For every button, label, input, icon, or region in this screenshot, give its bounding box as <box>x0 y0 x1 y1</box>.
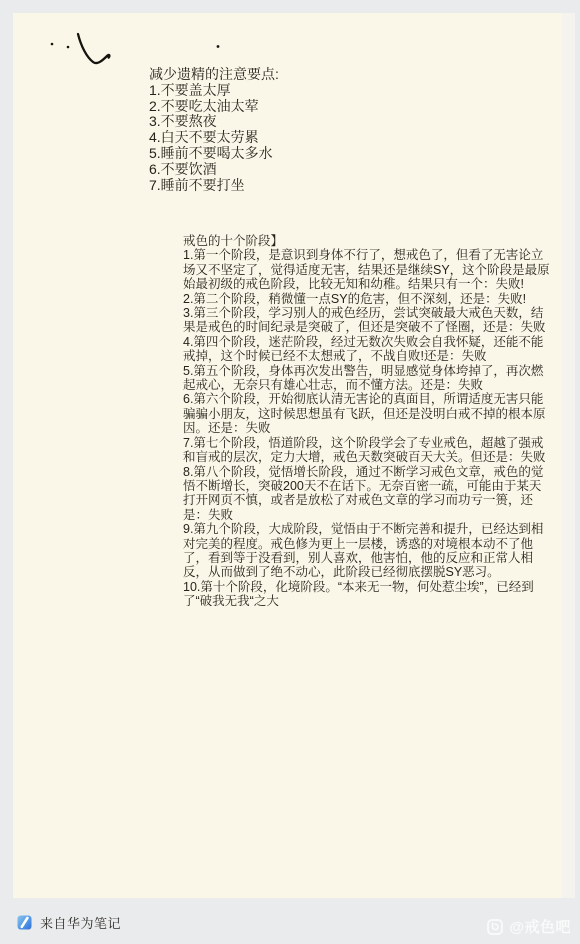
stage-paragraph: 2.第二个阶段，稍微懂一点SY的危害，但不深刻，还是：失败! <box>183 292 551 306</box>
ink-dot <box>217 45 220 48</box>
tips-item: 5.睡前不要喝太多水 <box>149 146 279 162</box>
paper-edge-strip <box>562 13 575 898</box>
huawei-notes-icon <box>17 915 32 930</box>
tips-item: 7.睡前不要打坐 <box>149 178 279 194</box>
tips-item: 6.不要饮酒 <box>149 162 279 178</box>
stages-title: 戒色的十个阶段】 <box>183 234 551 248</box>
credit-label: @戒色吧 <box>509 916 571 937</box>
tips-title: 减少遗精的注意要点: <box>149 67 279 83</box>
stage-paragraph: 7.第七个阶段，悟道阶段，这个阶段学会了专业戒色，超越了强戒和盲戒的层次，定力大… <box>183 436 551 465</box>
stage-paragraph: 10.第十个阶段，化境阶段。“本来无一物，何处惹尘埃”，已经到了“破我无我“之大 <box>183 580 551 609</box>
tips-item: 1.不要盖太厚 <box>149 83 279 99</box>
tieba-logo-icon <box>487 919 503 935</box>
stage-paragraph: 3.第三个阶段，学习别人的戒色经历，尝试突破最大戒色天数，结果是戒色的时间纪录是… <box>183 306 551 335</box>
source-label: 来自华为笔记 <box>40 913 121 932</box>
screenshot-root: 减少遗精的注意要点: 1.不要盖太厚 2.不要吃太油太荤 3.不要熬夜 4.白天… <box>0 0 580 944</box>
note-source-badge: 来自华为笔记 <box>17 913 121 932</box>
tips-item: 2.不要吃太油太荤 <box>149 99 279 115</box>
note-paper: 减少遗精的注意要点: 1.不要盖太厚 2.不要吃太油太荤 3.不要熬夜 4.白天… <box>13 13 562 898</box>
tieba-watermark: @戒色吧 <box>487 916 571 937</box>
tips-item: 4.白天不要太劳累 <box>149 130 279 146</box>
stage-paragraph: 9.第九个阶段，大成阶段，觉悟由于不断完善和提升，已经达到相对完美的程度。戒色修… <box>183 522 551 580</box>
stage-paragraph: 4.第四个阶段，迷茫阶段，经过无数次失败会自我怀疑，还能不能戒掉，这个时候已经不… <box>183 335 551 364</box>
stage-paragraph: 1.第一个阶段，是意识到身体不行了，想戒色了，但看了无害论立场又不坚定了，觉得适… <box>183 248 551 291</box>
tips-block: 减少遗精的注意要点: 1.不要盖太厚 2.不要吃太油太荤 3.不要熬夜 4.白天… <box>149 67 279 193</box>
footer-bar: 来自华为笔记 @戒色吧 <box>0 898 580 944</box>
stages-block: 戒色的十个阶段】 1.第一个阶段，是意识到身体不行了，想戒色了，但看了无害论立场… <box>183 234 551 609</box>
ink-dot <box>67 46 70 49</box>
tips-item: 3.不要熬夜 <box>149 114 279 130</box>
ink-dot <box>51 43 54 46</box>
stage-paragraph: 5.第五个阶段，身体再次发出警告，明显感觉身体垮掉了，再次燃起戒心，无奈只有雄心… <box>183 364 551 393</box>
stage-paragraph: 8.第八个阶段，觉悟增长阶段，通过不断学习戒色文章，戒色的觉悟不断增长，突破20… <box>183 465 551 523</box>
stage-paragraph: 6.第六个阶段，开始彻底认清无害论的真面目，所谓适度无害只能骗骗小朋友，这时候思… <box>183 392 551 435</box>
